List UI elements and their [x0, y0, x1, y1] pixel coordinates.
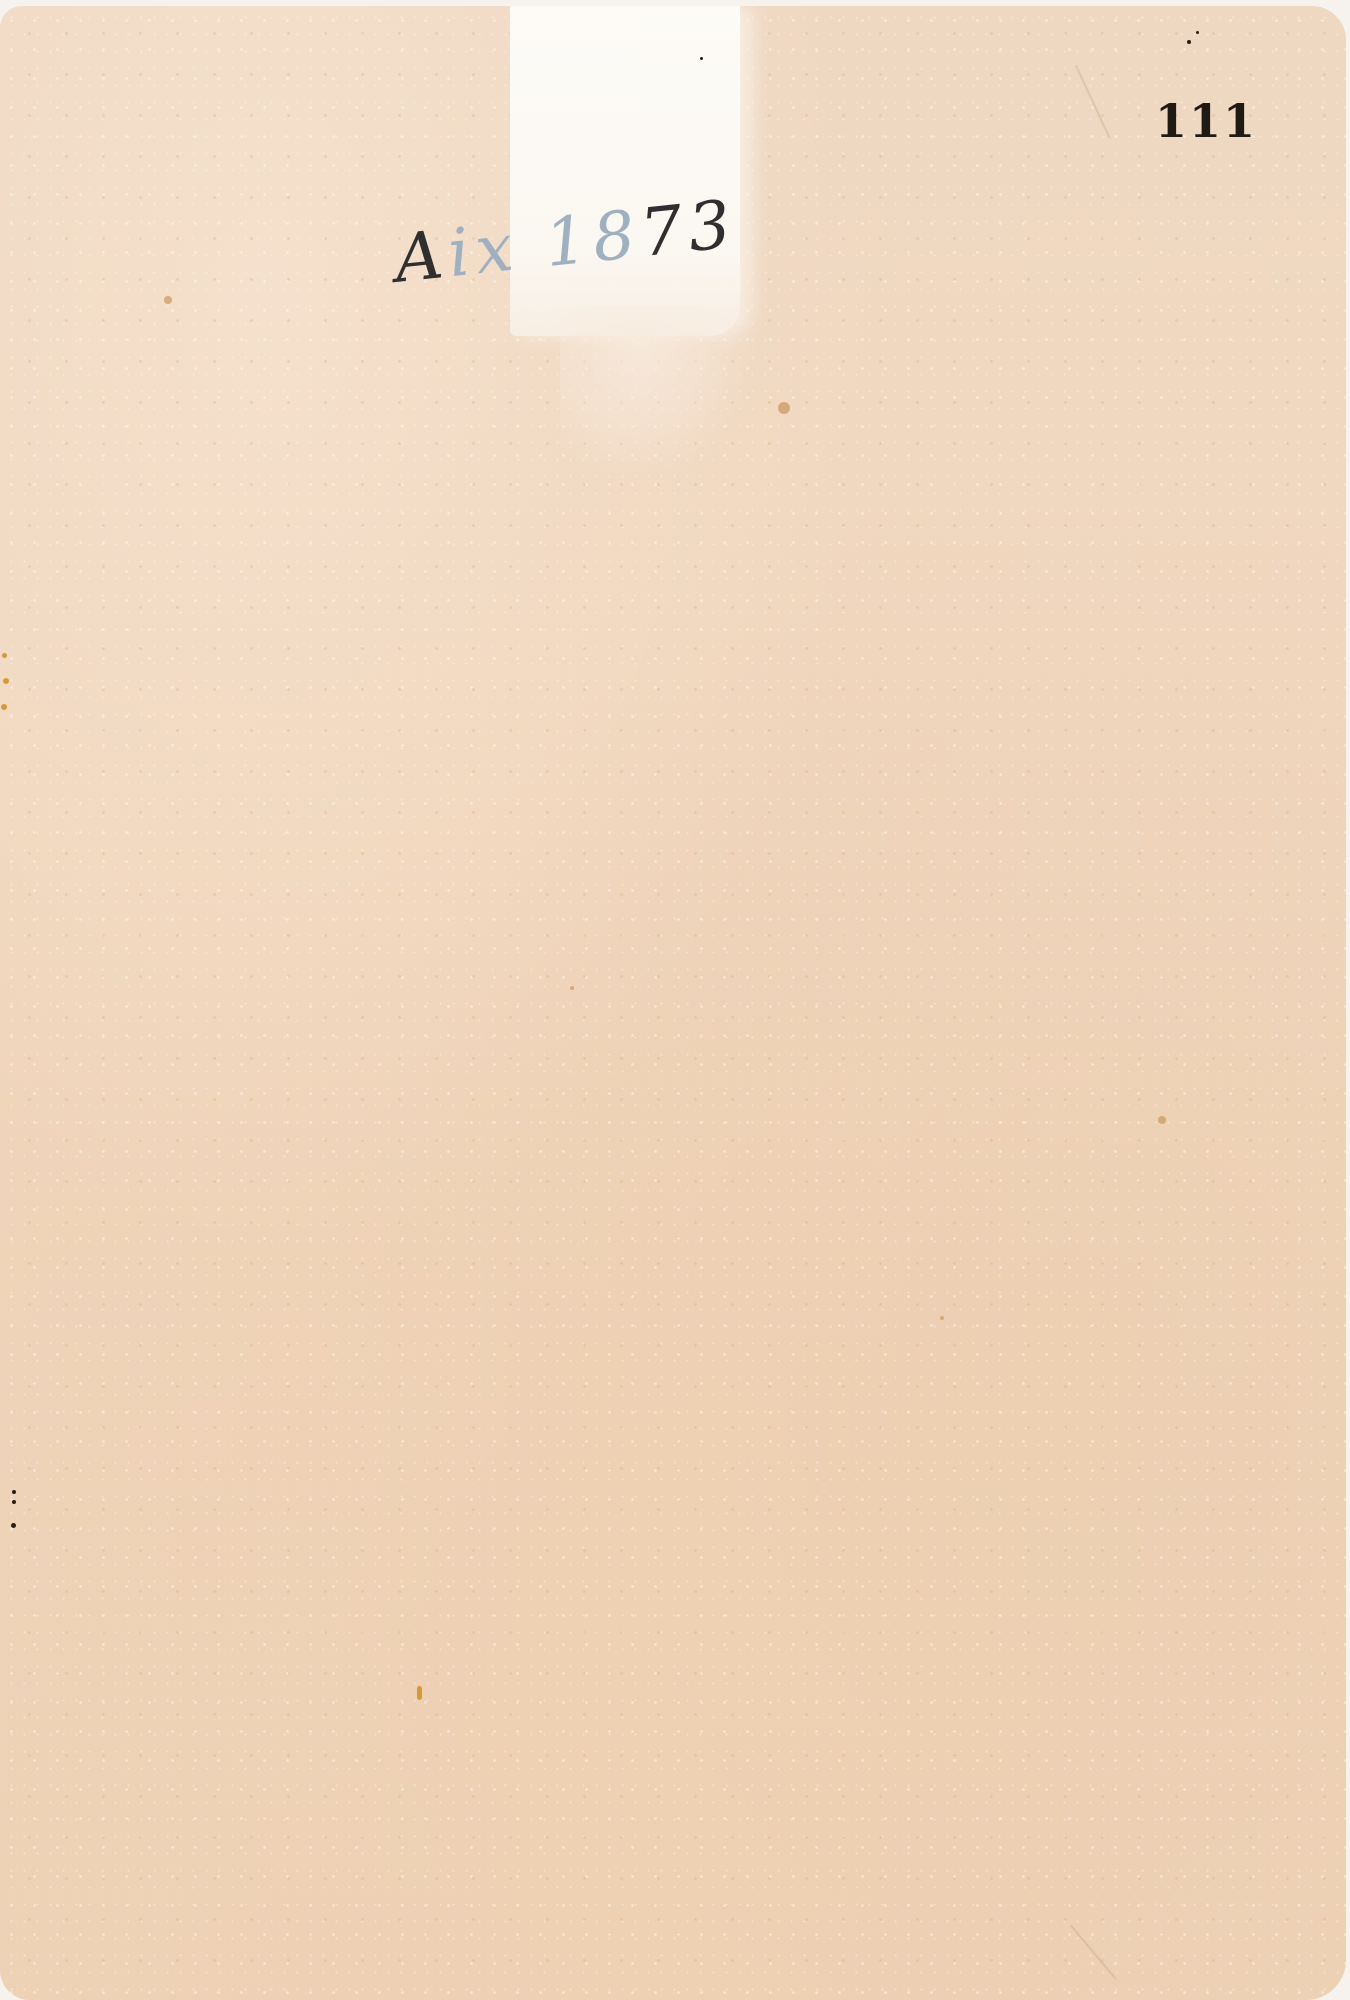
- paper-scratch: [1070, 1925, 1117, 1980]
- inscription-year-faded: 18: [541, 195, 645, 282]
- inscription-prefix-faded: ix: [444, 208, 522, 292]
- scan-background: Aix 1873 111: [0, 0, 1350, 2000]
- inscription-prefix: A: [391, 216, 452, 298]
- foxing-spot: [570, 986, 574, 990]
- ink-speck: [11, 1523, 16, 1528]
- inscription-year-ink: 73: [637, 185, 741, 272]
- foxing-spot: [1, 704, 7, 710]
- removed-label-patch: [510, 6, 740, 336]
- card-back: Aix 1873 111: [0, 6, 1346, 2000]
- ink-speck: [1187, 40, 1191, 44]
- foxing-spot: [3, 678, 9, 684]
- ink-speck: [12, 1500, 16, 1504]
- stamped-number: 111: [1155, 94, 1257, 148]
- paper-scratch: [1075, 65, 1111, 138]
- foxing-spot: [1158, 1116, 1166, 1124]
- label-fade-area: [560, 306, 760, 486]
- foxing-spot: [940, 1316, 944, 1320]
- ink-speck: [12, 1490, 16, 1494]
- ink-speck: [1196, 31, 1199, 34]
- ink-speck: [700, 57, 703, 60]
- foxing-spot: [778, 402, 790, 414]
- foxing-spot: [2, 653, 7, 658]
- foxing-spot: [417, 1686, 422, 1700]
- foxing-spot: [164, 296, 172, 304]
